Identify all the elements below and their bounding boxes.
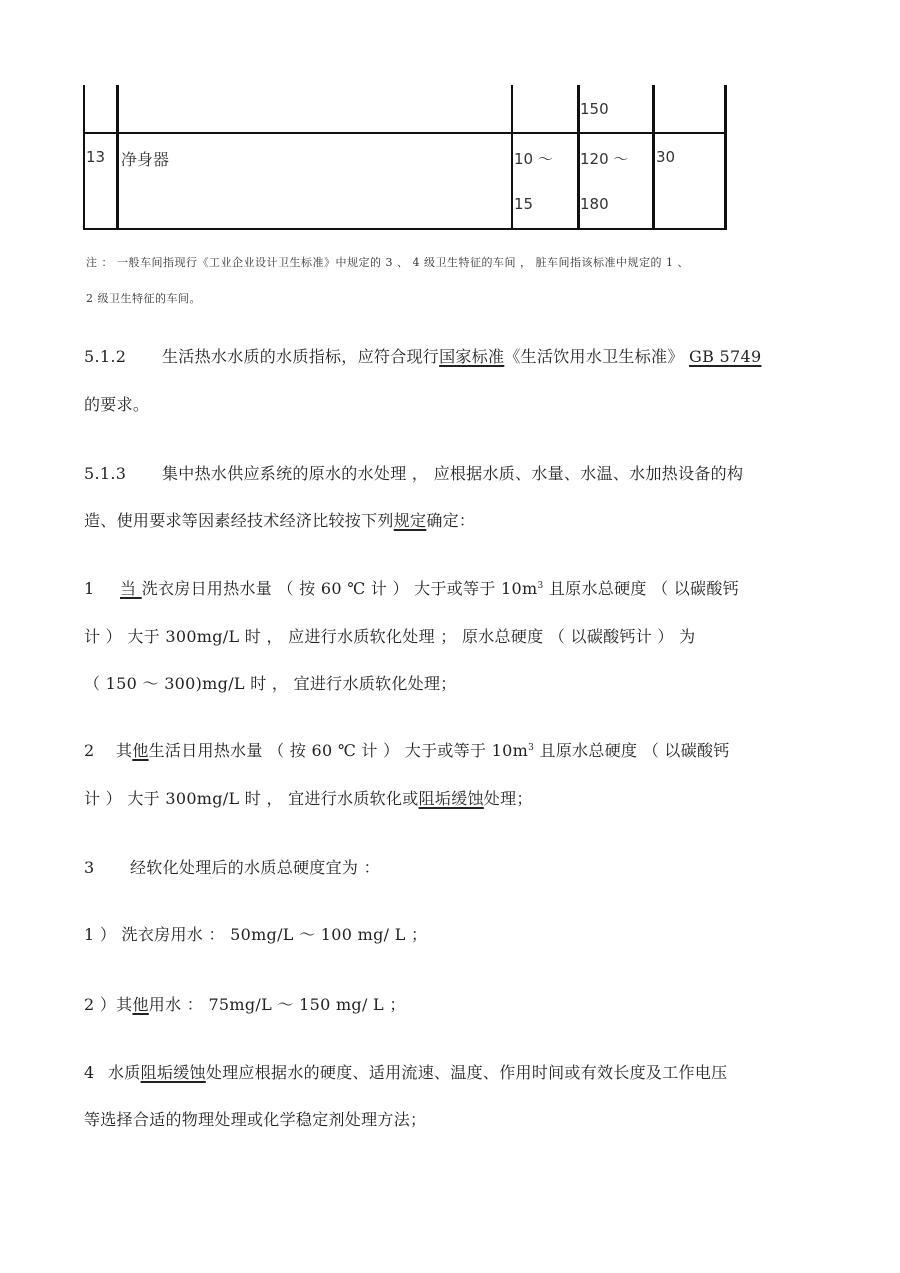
item-number: 2 — [84, 741, 116, 760]
item-number: 4 — [84, 1063, 108, 1082]
table-border-left — [83, 85, 85, 230]
item-2-line2: 计 ） 大于 300mg/L 时 ， 宜进行水质软化或阻垢缓蚀处理； — [84, 786, 533, 809]
item-text: 计 ） 大于 300mg/L 时 ， 宜进行水质软化或 — [84, 789, 419, 808]
item-1-line3: （ 150 ～ 300)mg/L 时 ， 宜进行水质软化处理； — [84, 671, 457, 694]
clause-number: 5.1.3 — [84, 464, 162, 483]
item-4-line1: 4水质阻垢缓蚀处理应根据水的硬度、适用流速、温度、作用时间或有效长度及工作电压 — [84, 1060, 727, 1083]
table-border-bottom — [83, 228, 726, 230]
link-scale-inhibition[interactable]: 阻垢缓蚀 — [419, 789, 484, 808]
item-text: 处理应根据水的硬度、适用流速、温度、作用时间或有效长度及工作电压 — [206, 1063, 728, 1082]
item-3: 3经软化处理后的水质总硬度宜为 ： — [84, 855, 380, 878]
table-cell-number: 13 — [86, 148, 105, 166]
table-cell: 15 — [514, 195, 533, 213]
item-text: 其 — [116, 741, 132, 760]
link-regulation[interactable]: 规定 — [394, 511, 427, 530]
clause-5-1-2: 5.1.2生活热水水质的水质指标，应符合现行国家标准《生活饮用水卫生标准》 GB… — [84, 344, 761, 367]
table-note-line2: 2 级卫生特征的车间。 — [86, 290, 201, 306]
table-cell: 10 ～ — [514, 148, 553, 169]
table-cell-name: 净身器 — [121, 147, 169, 170]
clause-5-1-3-line2: 造、使用要求等因素经技术经济比较按下列规定确定： — [84, 508, 475, 531]
table-cell: 30 — [656, 148, 675, 166]
item-text: 用水 ： 75mg/L ～ 150 mg/ L ； — [149, 995, 406, 1014]
item-1-line2: 计 ） 大于 300mg/L 时 ， 应进行水质软化处理 ； 原水总硬度 （ 以… — [84, 624, 695, 647]
table-cell: 120 ～ — [580, 148, 628, 169]
table-col-divider — [511, 85, 513, 230]
link-national-standard[interactable]: 国家标准 — [439, 347, 504, 366]
clause-number: 5.1.2 — [84, 347, 162, 366]
item-text: 洗衣房日用热水量 （ 按 60 ℃ 计 ） 大于或等于 10m — [142, 579, 538, 598]
table-col-divider — [652, 85, 655, 230]
clause-text: 造、使用要求等因素经技术经济比较按下列 — [84, 511, 394, 530]
item-number: 3 — [84, 858, 130, 877]
clause-text: 确定： — [426, 511, 475, 530]
clause-5-1-3: 5.1.3集中热水供应系统的原水的水处理 ， 应根据水质、水量、水温、水加热设备… — [84, 461, 743, 484]
table-border-right — [724, 85, 727, 230]
item-text: 经软化处理后的水质总硬度宜为 ： — [130, 858, 380, 877]
link-gb5749[interactable]: GB 5749 — [689, 347, 761, 366]
item-text: 处理； — [484, 789, 533, 808]
clause-text: 集中热水供应系统的原水的水处理 ， 应根据水质、水量、水温、水加热设备的构 — [162, 464, 743, 483]
table-note-line1: 注 ： 一般车间指现行《工业企业设计卫生标准》中规定的 3 、 4 级卫生特征的… — [86, 254, 689, 270]
item-2-line1: 2其他生活日用热水量 （ 按 60 ℃ 计 ） 大于或等于 10m3 且原水总硬… — [84, 738, 730, 761]
link-other[interactable]: 他 — [132, 741, 148, 760]
table-col-divider — [116, 85, 119, 230]
item-text: 且原水总硬度 （ 以碳酸钙 — [544, 579, 739, 598]
item-text: 水质 — [108, 1063, 141, 1082]
item-4-line2: 等选择合适的物理处理或化学稳定剂处理方法； — [84, 1107, 426, 1130]
item-number: 1 — [84, 579, 120, 598]
link-when[interactable]: 当 — [120, 579, 142, 598]
table-cell: 150 — [580, 100, 609, 118]
link-other[interactable]: 他 — [132, 995, 148, 1014]
table-cell: 180 — [580, 195, 609, 213]
item-1-line1: 1当 洗衣房日用热水量 （ 按 60 ℃ 计 ） 大于或等于 10m3 且原水总… — [84, 576, 739, 599]
sub-item-2: 2 ）其他用水 ： 75mg/L ～ 150 mg/ L ； — [84, 992, 406, 1015]
item-text: 生活日用热水量 （ 按 60 ℃ 计 ） 大于或等于 10m — [149, 741, 528, 760]
clause-5-1-2-line2: 的要求。 — [84, 392, 149, 415]
item-text: 且原水总硬度 （ 以碳酸钙 — [534, 741, 729, 760]
clause-text: 生活热水水质的水质指标，应符合现行 — [162, 347, 439, 366]
item-text: 2 ）其 — [84, 995, 132, 1014]
sub-item-1: 1 ） 洗衣房用水 ： 50mg/L ～ 100 mg/ L ； — [84, 922, 427, 945]
table-row-divider — [83, 132, 726, 134]
clause-text: 《生活饮用水卫生标准》 — [504, 347, 689, 366]
link-scale-inhibition[interactable]: 阻垢缓蚀 — [141, 1063, 206, 1082]
